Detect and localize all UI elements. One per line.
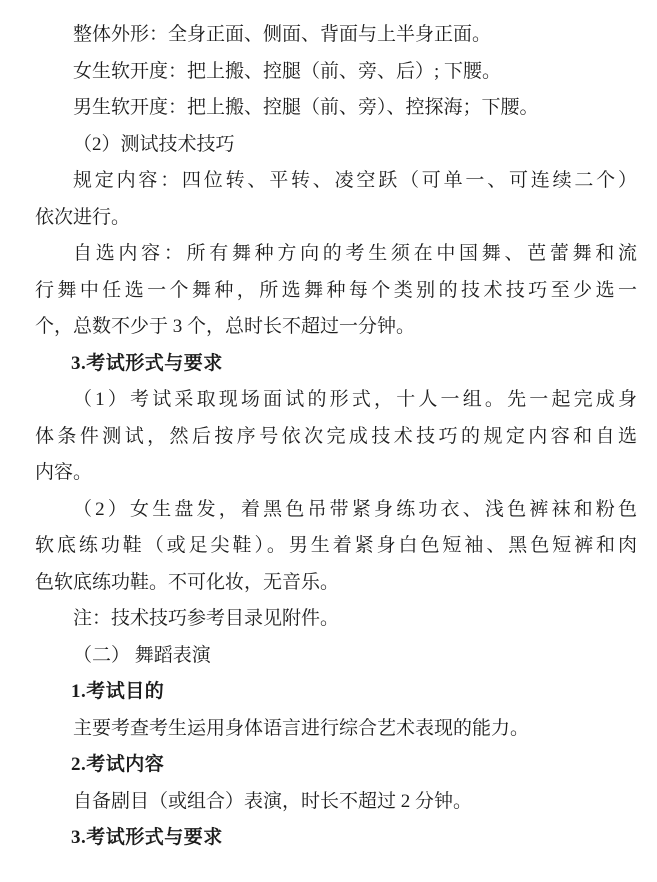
line-format-item-2-cont-1: 软底练功鞋（或足尖鞋）。男生着紧身白色短袖、黑色短裤和肉	[35, 528, 637, 565]
line-format-item-1-cont-2: 内容。	[35, 455, 637, 492]
line-exam-content-body: 自备剧目（或组合）表演，时长不超过 2 分钟。	[35, 784, 637, 821]
line-exam-purpose-body: 主要考查考生运用身体语言进行综合艺术表现的能力。	[35, 711, 637, 748]
line-format-item-1-cont-1: 体条件测试，然后按序号依次完成技术技巧的规定内容和自选	[35, 419, 637, 456]
heading-exam-format-requirements-1: 3.考试形式与要求	[35, 346, 637, 383]
line-male-flexibility: 男生软开度：把上搬、控腿（前、旁）、控探海；下腰。	[35, 90, 637, 127]
line-required-content-cont: 依次进行。	[35, 200, 637, 237]
line-optional-content-cont-1: 行舞中任选一个舞种，所选舞种每个类别的技术技巧至少选一	[35, 273, 637, 310]
line-optional-content-cont-2: 个，总数不少于 3 个，总时长不超过一分钟。	[35, 309, 637, 346]
heading-exam-purpose: 1.考试目的	[35, 674, 637, 711]
line-overall-appearance: 整体外形：全身正面、侧面、背面与上半身正面。	[35, 17, 637, 54]
line-note-appendix: 注：技术技巧参考目录见附件。	[35, 601, 637, 638]
heading-exam-content: 2.考试内容	[35, 747, 637, 784]
line-section-2-dance-performance: （二） 舞蹈表演	[35, 638, 637, 675]
line-female-flexibility: 女生软开度：把上搬、控腿（前、旁、后）; 下腰。	[35, 54, 637, 91]
line-format-item-2: （2）女生盘发，着黑色吊带紧身练功衣、浅色裤袜和粉色	[35, 492, 637, 529]
line-required-content: 规定内容：四位转、平转、凌空跃（可单一、可连续二个）	[35, 163, 637, 200]
line-item-2-technique-test: （2）测试技术技巧	[35, 127, 637, 164]
line-format-item-2-cont-2: 色软底练功鞋。不可化妆，无音乐。	[35, 565, 637, 602]
line-optional-content: 自选内容：所有舞种方向的考生须在中国舞、芭蕾舞和流	[35, 236, 637, 273]
line-format-item-1: （1）考试采取现场面试的形式，十人一组。先一起完成身	[35, 382, 637, 419]
heading-exam-format-requirements-2: 3.考试形式与要求	[35, 820, 637, 857]
document-page: 整体外形：全身正面、侧面、背面与上半身正面。 女生软开度：把上搬、控腿（前、旁、…	[0, 0, 657, 882]
